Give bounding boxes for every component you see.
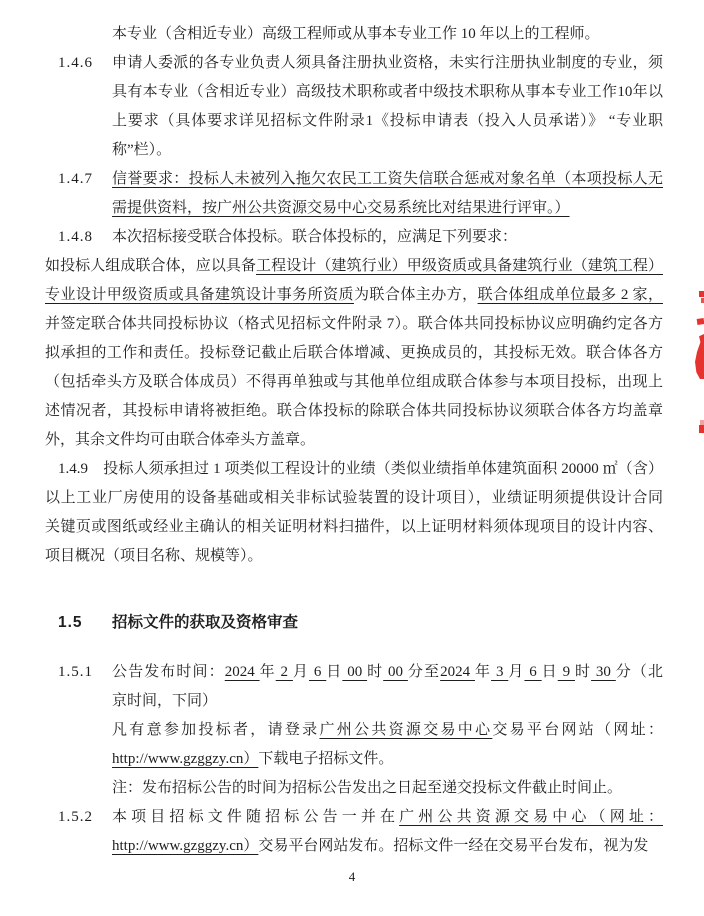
underlined-text: 30 — [591, 664, 616, 680]
clause-number: 1.4.8 — [58, 223, 93, 252]
doc-line: http://www.gzggzy.cn）交易平台网站发布。招标文件一经在交易平… — [45, 832, 663, 861]
text-segment: 分（北 — [616, 664, 663, 680]
doc-line: 1.4.8本次招标接受联合体投标。联合体投标的，应满足下列要求： — [45, 223, 663, 252]
text-segment: 交易平台网站（网址： — [492, 722, 663, 738]
text-segment: 本专业（含相近专业）高级工程师或从事本专业工作 10 年以上的工程师。 — [112, 26, 600, 42]
underlined-text: 2 — [276, 664, 293, 680]
text-segment: 并签定联合体共同投标协议（格式见招标文件附录 7）。联合体共同投标协议应明确约定… — [45, 316, 663, 332]
text-segment: 1.4.9 投标人须承担过 1 项类似工程设计的业绩（类似业绩指单体建筑面积 2… — [58, 461, 663, 477]
doc-line: http://www.gzggzy.cn）下载电子招标文件。 — [45, 745, 663, 774]
clause-number: 1.5.2 — [58, 803, 93, 832]
underlined-text: http://www.gzggzy.cn） — [112, 838, 258, 854]
text-segment: 下载电子招标文件。 — [258, 751, 393, 767]
underlined-text: 00 — [383, 664, 408, 680]
text-segment: 本次招标接受联合体投标。联合体投标的，应满足下列要求： — [112, 229, 517, 245]
underlined-text: 3 — [491, 664, 508, 680]
doc-line: 以上工业厂房使用的设备基础或相关非标试验装置的设计项目），业绩证明须提供设计合同 — [45, 484, 663, 513]
doc-line: 1.5.1公告发布时间：2024 年 2 月 6 日 00 时 00 分至202… — [45, 658, 663, 687]
text-segment: 时 — [367, 664, 383, 680]
underlined-text: 需提供资料，按广州公共资源交易中心交易系统比对结果进行评审。） — [112, 200, 570, 216]
underlined-text: 信誉要求：投标人未被列入拖欠农民工工资失信联合惩戒对象名单（本项投标人无 — [112, 171, 663, 187]
underlined-text: 9 — [558, 664, 575, 680]
doc-line: 1.4.9 投标人须承担过 1 项类似工程设计的业绩（类似业绩指单体建筑面积 2… — [45, 455, 663, 484]
doc-line: 拟承担的工作和责任。投标登记截止后联合体增减、更换成员的，其投标无效。联合体各方 — [45, 339, 663, 368]
doc-line: 上要求（具体要求详见招标文件附录1《投标申请表（投入人员承诺）》 “专业职 — [45, 107, 663, 136]
text-segment: 申请人委派的各专业负责人须具备注册执业资格，未实行注册执业制度的专业，须 — [112, 55, 663, 71]
doc-line: 1.4.7信誉要求：投标人未被列入拖欠农民工工资失信联合惩戒对象名单（本项投标人… — [45, 165, 663, 194]
doc-line: 并签定联合体共同投标协议（格式见招标文件附录 7）。联合体共同投标协议应明确约定… — [45, 310, 663, 339]
text-segment: 拟承担的工作和责任。投标登记截止后联合体增减、更换成员的，其投标无效。联合体各方 — [45, 345, 663, 361]
text-segment: 月 — [293, 664, 309, 680]
text-segment: 以上工业厂房使用的设备基础或相关非标试验装置的设计项目），业绩证明须提供设计合同 — [45, 490, 663, 506]
clause-number: 1.5.1 — [58, 658, 93, 687]
doc-line: （包括牵头方及联合体成员）不得再单独或与其他单位组成联合体参与本项目投标，出现上 — [45, 368, 663, 397]
red-stamp-stroke — [697, 318, 704, 325]
clause-number: 1.5 — [58, 608, 83, 637]
underlined-text: 联合体组成单位最多 2 家， — [478, 287, 663, 303]
red-stamp-stroke — [695, 334, 704, 379]
underlined-text: 6 — [524, 664, 541, 680]
doc-line: 如投标人组成联合体，应以具备工程设计（建筑行业）甲级资质或具备建筑行业（建筑工程… — [45, 252, 663, 281]
text-segment: 日 — [542, 664, 558, 680]
doc-line: 具有本专业（含相近专业）高级技术职称或者中级技术职称从事本专业工作10年以 — [45, 78, 663, 107]
text-segment: 招标文件的获取及资格审查 — [112, 614, 298, 631]
document-page: 本专业（含相近专业）高级工程师或从事本专业工作 10 年以上的工程师。1.4.6… — [0, 0, 704, 916]
text-segment: 京时间，下同） — [112, 693, 217, 709]
text-segment: 上要求（具体要求详见招标文件附录1《投标申请表（投入人员承诺）》 “专业职 — [112, 113, 663, 129]
text-segment: 日 — [326, 664, 342, 680]
doc-line: 1.5.2本项目招标文件随招标公告一并在广州公共资源交易中心（网址： — [45, 803, 663, 832]
doc-line: 1.5招标文件的获取及资格审查 — [45, 608, 663, 637]
doc-line: 项目概况（项目名称、规模等）。 — [45, 542, 663, 571]
doc-line: 凡有意参加投标者，请登录广州公共资源交易中心交易平台网站（网址： — [45, 716, 663, 745]
doc-line: 本专业（含相近专业）高级工程师或从事本专业工作 10 年以上的工程师。 — [45, 20, 663, 49]
text-segment: 年 — [260, 664, 276, 680]
text-segment: 分至 — [408, 664, 440, 680]
text-segment: 外，其余文件均可由联合体牵头方盖章。 — [45, 432, 315, 448]
underlined-text: 工程设计（建筑行业）甲级资质或具备建筑行业（建筑工程） — [256, 258, 663, 274]
clause-number: 1.4.7 — [58, 165, 93, 194]
underlined-text: 专业设计甲级资质或具备建筑设计事务所资质 — [45, 287, 354, 303]
doc-line: 专业设计甲级资质或具备建筑设计事务所资质为联合体主办方，联合体组成单位最多 2 … — [45, 281, 663, 310]
text-segment: 凡有意参加投标者，请登录 — [112, 722, 319, 738]
document-lines: 本专业（含相近专业）高级工程师或从事本专业工作 10 年以上的工程师。1.4.6… — [45, 20, 663, 861]
doc-line: 注：发布招标公告的时间为招标公告发出之日起至递交投标文件截止时间止。 — [45, 774, 663, 803]
doc-line: 需提供资料，按广州公共资源交易中心交易系统比对结果进行评审。） — [45, 194, 663, 223]
doc-line: 京时间，下同） — [45, 687, 663, 716]
underlined-text: 广州公共资源交易中心 — [319, 722, 492, 738]
underlined-text: 00 — [342, 664, 367, 680]
text-segment: 关键页或图纸或经业主确认的相关证明材料扫描件，以上证明材料须体现项目的设计内容、 — [45, 519, 663, 535]
underlined-text: 2024 — [225, 664, 260, 680]
doc-line: 述情况者，其投标申请将被拒绝。联合体投标的除联合体共同投标协议须联合体各方均盖章 — [45, 397, 663, 426]
text-segment: 为联合体主办方， — [354, 287, 478, 303]
red-stamp-stroke — [699, 291, 704, 297]
page-number: 4 — [0, 869, 704, 885]
underlined-text: 6 — [309, 664, 326, 680]
doc-line: 称”栏）。 — [45, 136, 663, 165]
text-segment: 项目概况（项目名称、规模等）。 — [45, 548, 263, 564]
red-stamp-stroke — [699, 425, 704, 433]
underlined-text: 广州公共资源交易中心（网址： — [399, 809, 663, 825]
text-segment: 称”栏）。 — [112, 142, 171, 158]
text-segment: 公告发布时间： — [112, 664, 225, 680]
text-segment: 述情况者，其投标申请将被拒绝。联合体投标的除联合体共同投标协议须联合体各方均盖章 — [45, 403, 663, 419]
clause-number: 1.4.6 — [58, 49, 93, 78]
text-segment: （包括牵头方及联合体成员）不得再单独或与其他单位组成联合体参与本项目投标，出现上 — [45, 374, 663, 390]
doc-line: 外，其余文件均可由联合体牵头方盖章。 — [45, 426, 663, 455]
text-segment: 本项目招标文件随招标公告一并在 — [112, 809, 399, 825]
text-segment: 年 — [475, 664, 491, 680]
text-segment: 注：发布招标公告的时间为招标公告发出之日起至递交投标文件截止时间止。 — [112, 780, 622, 796]
text-segment: 如投标人组成联合体，应以具备 — [45, 258, 256, 274]
underlined-text: 2024 — [440, 664, 475, 680]
doc-line: 1.4.6申请人委派的各专业负责人须具备注册执业资格，未实行注册执业制度的专业，… — [45, 49, 663, 78]
text-segment: 月 — [508, 664, 524, 680]
underlined-text: http://www.gzggzy.cn） — [112, 751, 258, 767]
text-segment: 具有本专业（含相近专业）高级技术职称或者中级技术职称从事本专业工作10年以 — [112, 84, 663, 100]
text-segment: 时 — [575, 664, 591, 680]
doc-line: 关键页或图纸或经业主确认的相关证明材料扫描件，以上证明材料须体现项目的设计内容、 — [45, 513, 663, 542]
